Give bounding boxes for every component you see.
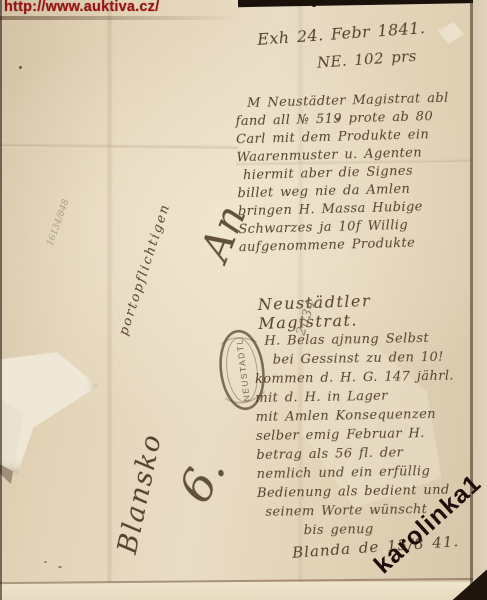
address-side-note: portopflichtigen [109,177,182,362]
photo-edge-left [0,0,2,600]
postmark-text: NEUSTADTL [234,338,252,402]
postmark-stamp: NEUSTADTL [204,318,279,421]
paper-top-shadow [0,16,238,20]
pencil-speck [44,561,47,563]
small-paper-patch [438,22,464,44]
docket-date: Exh 24. Febr 1841. [257,18,426,49]
address-flourish-monogram: 6. [155,425,249,533]
letter-paragraph-1: M Neustädter Magistrat abl fand all № 51… [235,89,487,258]
auction-site-url-watermark: http://www.auktiva.cz/ [4,0,159,15]
pencil-archive-note: 16134/848 [46,175,81,248]
fold-crease-horizontal-left [0,143,238,150]
fold-crease-vertical-left [106,0,113,584]
ink-speck [19,66,22,69]
handwriting-line: kommen d. H. G. 147 jährl. [255,366,487,389]
ink-speck [312,3,316,7]
docket-number: NE. 102 prs [316,46,427,72]
photo-edge-top [238,0,487,7]
docket-note: Exh 24. Febr 1841. NE. 102 prs [257,18,428,76]
seal-paper-patch [0,352,98,474]
bottom-fold-panel [0,582,487,600]
letter-photo: Exh 24. Febr 1841. NE. 102 prs M Neustäd… [0,0,487,600]
pencil-speck [58,566,62,568]
salutation-line: Neustädtler Magistrat. [257,287,487,333]
